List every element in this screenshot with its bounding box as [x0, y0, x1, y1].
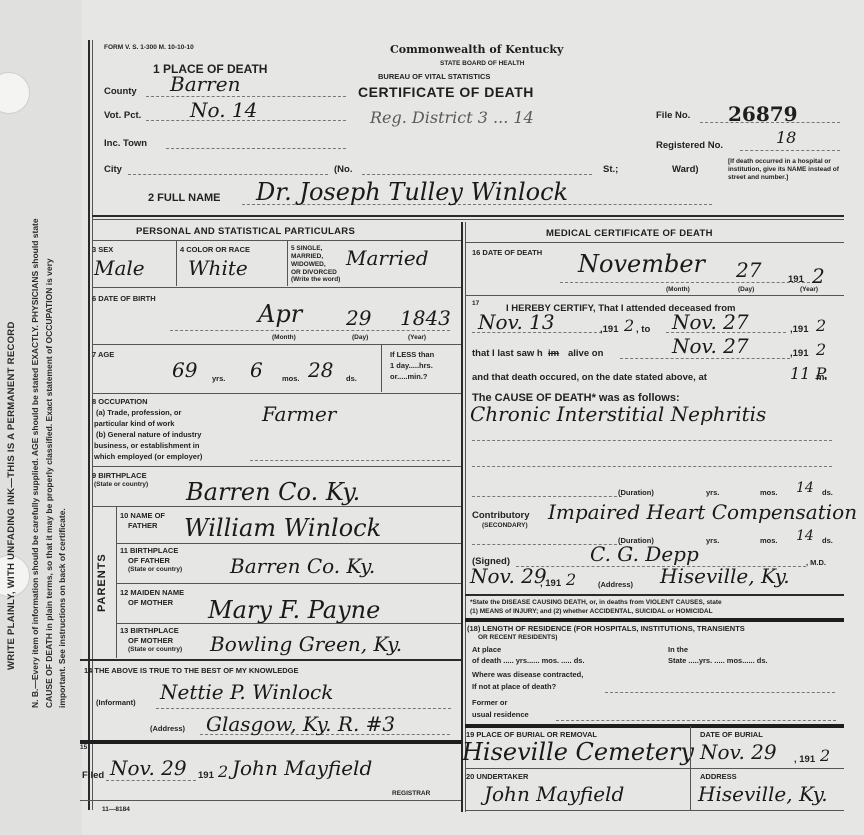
alive-on-label: alive on	[568, 348, 603, 359]
mother-bp-value: Bowling Green, Ky.	[210, 632, 402, 656]
form-number: FORM V. S. 1-300 M. 10-10-10	[104, 44, 194, 51]
rule	[116, 583, 461, 584]
margin-strip: WRITE PLAINLY, WITH UNFADING INK—THIS IS…	[0, 0, 82, 835]
marital-value: Married	[346, 246, 429, 270]
informant-label: (Informant)	[96, 698, 136, 707]
dod-line	[560, 282, 820, 283]
burial-year-prefix: , 191	[794, 754, 815, 765]
rule	[465, 724, 844, 728]
footnote: *State the DISEASE CAUSING DEATH, or, in…	[470, 599, 722, 606]
marital-label: 5 SINGLE,	[291, 245, 322, 252]
age-years: 69	[172, 358, 197, 382]
dod-year-prefix: 191	[788, 274, 804, 285]
reg-district-note: Reg. District 3 ... 14	[370, 108, 534, 127]
yrs-label: yrs.	[706, 536, 719, 545]
city-line	[128, 174, 328, 175]
death-time-suffix: m.	[816, 372, 827, 383]
less-than-label: 1 day.....hrs.	[390, 361, 433, 370]
vot-pct-label: Vot. Pct.	[104, 110, 141, 121]
less-than-label: If LESS than	[390, 350, 434, 359]
last-saw-year-suffix: 2	[816, 340, 826, 359]
file-no-line	[700, 122, 840, 123]
rule	[465, 594, 844, 596]
attended-to-year-suffix: 2	[816, 316, 826, 335]
last-saw-text: that I last saw h	[472, 348, 543, 359]
undertaker-address-value: Hiseville, Ky.	[698, 782, 828, 806]
write-notice: WRITE PLAINLY, WITH UNFADING INK—THIS IS…	[6, 321, 17, 670]
mother-name-value: Mary F. Payne	[208, 596, 380, 624]
father-bp-value: Barren Co. Ky.	[230, 554, 375, 578]
bureau-heading: BUREAU OF VITAL STATISTICS	[378, 72, 490, 81]
registrar-signature: John Mayfield	[232, 756, 372, 780]
instructions-line: N. B.—Every item of information should b…	[30, 218, 40, 708]
father-bp-label: OF FATHER	[128, 556, 170, 565]
primary-duration-days: 14	[796, 480, 814, 496]
rule	[465, 242, 844, 243]
year-caption: (Year)	[408, 334, 426, 341]
contracted-label: Where was disease contracted,	[472, 670, 583, 679]
dod-year-suffix: 2	[812, 264, 825, 288]
cell-divider	[287, 240, 288, 286]
rule	[92, 287, 461, 288]
street-number-label: (No.	[334, 164, 352, 175]
md-label: , M.D.	[806, 558, 826, 567]
age-days: 28	[308, 358, 333, 382]
rule	[80, 659, 461, 661]
rule	[465, 810, 844, 811]
undertaker-value: John Mayfield	[484, 782, 624, 806]
column-divider	[461, 222, 463, 812]
header-divider	[92, 215, 844, 217]
informant-value: Nettie P. Winlock	[160, 680, 333, 704]
rule	[92, 393, 461, 394]
race-value: White	[188, 256, 248, 280]
city-label: City	[104, 164, 122, 175]
occupation-value: Farmer	[262, 402, 336, 426]
attended-from: Nov. 13	[478, 310, 555, 334]
sex-label: 3 SEX	[92, 245, 113, 254]
month-caption: (Month)	[666, 286, 690, 293]
rule	[116, 543, 461, 544]
contracted-label: If not at place of death?	[472, 682, 556, 691]
at-place-label: At place	[472, 645, 501, 654]
county-value: Barren	[170, 72, 240, 96]
certify-number: 17	[472, 300, 479, 307]
street-label: St.;	[603, 164, 618, 175]
physician-signature: C. G. Depp	[590, 542, 699, 566]
dob-line	[170, 330, 450, 331]
ward-label: Ward)	[672, 164, 699, 175]
registered-no-label: Registered No.	[656, 140, 723, 151]
contributory-value: Impaired Heart Compensation	[548, 500, 857, 524]
attended-to-year-prefix: ,191	[790, 324, 809, 335]
frame-left	[88, 40, 90, 810]
full-name-value: Dr. Joseph Tulley Winlock	[256, 178, 568, 206]
filed-year-prefix: 191	[198, 770, 214, 781]
burial-year-suffix: 2	[820, 746, 830, 765]
mother-name-label: OF MOTHER	[128, 598, 173, 607]
former-residence-label: usual residence	[472, 710, 529, 719]
commonwealth-heading: Commonwealth of Kentucky	[390, 43, 563, 56]
dod-label: 16 DATE OF DEATH	[472, 248, 542, 257]
hospital-note: [If death occurred in a hospital or inst…	[728, 158, 840, 182]
attended-from-year-suffix: 2	[624, 316, 634, 335]
attended-to: Nov. 27	[672, 310, 749, 334]
mother-bp-label: 13 BIRTHPLACE	[120, 626, 179, 635]
in-state-label: In the	[668, 645, 688, 654]
physician-address-label: (Address)	[598, 580, 633, 589]
father-name-label: FATHER	[128, 521, 157, 530]
marital-label: OR DIVORCED	[291, 269, 337, 276]
signed-year-suffix: 2	[566, 570, 576, 589]
filed-line	[106, 780, 196, 781]
board-heading: STATE BOARD OF HEALTH	[440, 60, 525, 67]
rule	[92, 240, 461, 241]
personal-section-title: PERSONAL AND STATISTICAL PARTICULARS	[136, 226, 355, 237]
rule	[465, 295, 844, 296]
cause-line	[472, 466, 832, 467]
last-saw-date: Nov. 27	[672, 334, 749, 358]
death-occured-text: and that death occured, on the date stat…	[472, 372, 707, 383]
less-than-label: or.....min.?	[390, 372, 428, 381]
birthplace-value: Barren Co. Ky.	[186, 478, 360, 506]
filed-date: Nov. 29	[110, 756, 187, 780]
medical-section-title: MEDICAL CERTIFICATE OF DEATH	[546, 228, 713, 239]
dob-label: 6 DATE OF BIRTH	[92, 294, 156, 303]
rule	[92, 506, 461, 507]
at-place-label: of death ..... yrs...... mos. ..... ds.	[472, 656, 585, 665]
dob-day: 29	[346, 306, 371, 330]
mos-label: mos.	[760, 488, 778, 497]
last-saw-struck: im	[548, 348, 559, 359]
contracted-line	[605, 692, 835, 693]
marital-label: (Write the word)	[291, 276, 340, 283]
former-residence-line	[556, 720, 836, 721]
inc-town-line	[166, 148, 346, 149]
rule	[80, 740, 461, 744]
footnote: (1) MEANS of INJURY; and (2) whether ACC…	[470, 608, 713, 615]
registered-no-line	[740, 150, 840, 151]
yrs-label: yrs.	[212, 374, 225, 383]
signed-date: Nov. 29	[470, 564, 547, 588]
age-months: 6	[250, 358, 263, 382]
father-bp-label: (State or country)	[128, 566, 182, 573]
occupation-b-label: which employed (or employer)	[94, 452, 202, 461]
mos-label: mos.	[760, 536, 778, 545]
filed-year-suffix: 2	[218, 762, 228, 781]
residence-heading: OR RECENT RESIDENTS)	[478, 634, 557, 641]
burial-date: Nov. 29	[700, 740, 777, 764]
father-name-label: 10 NAME OF	[120, 511, 165, 520]
dod-day: 27	[736, 258, 761, 282]
occupation-a-label: (a) Trade, profession, or	[96, 408, 181, 417]
ds-label: ds.	[822, 536, 833, 545]
sex-value: Male	[94, 256, 145, 280]
registered-no-value: 18	[776, 128, 796, 147]
rule	[465, 768, 844, 769]
rule	[92, 344, 461, 345]
occupation-b-label: business, or establishment in	[94, 441, 199, 450]
cell-divider	[176, 240, 177, 286]
county-label: County	[104, 86, 137, 97]
father-bp-label: 11 BIRTHPLACE	[120, 546, 178, 555]
parents-divider	[116, 506, 117, 658]
day-caption: (Day)	[352, 334, 368, 341]
death-certificate: WRITE PLAINLY, WITH UNFADING INK—THIS IS…	[0, 0, 864, 835]
burial-date-label: DATE OF BURIAL	[700, 730, 763, 739]
undertaker-label: 20 UNDERTAKER	[466, 772, 528, 781]
mos-label: mos.	[282, 374, 300, 383]
contributory-duration-days: 14	[796, 528, 814, 544]
occupation-a-label: particular kind of work	[94, 419, 174, 428]
dod-month: November	[578, 250, 705, 278]
mother-name-label: 12 MAIDEN NAME	[120, 588, 184, 597]
mother-bp-label: (State or country)	[128, 646, 182, 653]
day-caption: (Day)	[738, 286, 754, 293]
dob-year: 1843	[400, 306, 451, 330]
birthplace-sub: (State or country)	[94, 481, 148, 488]
attended-from-year-prefix: ,191	[600, 324, 619, 335]
last-saw-line	[620, 358, 790, 359]
yrs-label: yrs.	[706, 488, 719, 497]
former-residence-label: Former or	[472, 698, 507, 707]
dob-month: Apr	[258, 300, 302, 328]
frame-left-inner	[92, 40, 93, 810]
occupation-b-label: (b) General nature of industry	[96, 430, 201, 439]
rule	[80, 800, 461, 801]
birthplace-label: 9 BIRTHPLACE	[92, 471, 147, 480]
county-line	[146, 96, 346, 97]
ds-label: ds.	[346, 374, 357, 383]
instructions-line: CAUSE OF DEATH in plain terms, so that i…	[44, 258, 54, 708]
informant-address-label: (Address)	[150, 724, 185, 733]
occupation-b-line	[250, 460, 450, 461]
cause-line	[472, 440, 832, 441]
race-label: 4 COLOR OR RACE	[180, 245, 250, 254]
form-code: 11—8184	[102, 806, 130, 813]
last-saw-year-prefix: ,191	[790, 348, 809, 359]
secondary-label: (SECONDARY)	[482, 522, 528, 529]
vot-pct-value: No. 14	[190, 98, 257, 122]
physician-address-value: Hiseville, Ky.	[660, 564, 790, 588]
rule	[92, 466, 461, 467]
contributory-label: Contributory	[472, 510, 530, 521]
registrar-label: REGISTRAR	[392, 790, 430, 797]
header-divider-thin	[92, 219, 844, 220]
marital-label: WIDOWED,	[291, 261, 326, 268]
filed-label: Filed	[82, 770, 104, 781]
year-caption: (Year)	[800, 286, 818, 293]
duration-line	[472, 496, 622, 497]
informant-line	[156, 708, 451, 709]
marital-label: MARRIED,	[291, 253, 323, 260]
informant-address-value: Glasgow, Ky. R. #3	[206, 712, 395, 736]
informant-statement: 14 THE ABOVE IS TRUE TO THE BEST OF MY K…	[84, 666, 298, 675]
rule	[465, 618, 844, 622]
residence-heading: (18) LENGTH OF RESIDENCE (FOR HOSPITALS,…	[467, 624, 745, 633]
file-no-label: File No.	[656, 110, 690, 121]
filed-number: 15	[80, 744, 87, 751]
duration-label: (Duration)	[618, 488, 654, 497]
instructions-line: important. See instructions on back of c…	[57, 508, 67, 708]
punch-hole	[0, 72, 30, 114]
parents-label: PARENTS	[96, 553, 108, 612]
father-name-value: William Winlock	[184, 514, 381, 542]
ds-label: ds.	[822, 488, 833, 497]
cause-value: Chronic Interstitial Nephritis	[470, 402, 766, 426]
cell-divider	[381, 344, 382, 392]
burial-place-value: Hiseville Cemetery	[462, 738, 694, 766]
street-line	[362, 174, 592, 175]
signed-year-prefix: , 191	[540, 578, 561, 589]
month-caption: (Month)	[272, 334, 296, 341]
to-label: , to	[636, 324, 650, 335]
certificate-title: CERTIFICATE OF DEATH	[358, 84, 534, 100]
in-state-label: State .....yrs. ..... mos...... ds.	[668, 656, 768, 665]
rule	[116, 623, 461, 624]
undertaker-address-label: ADDRESS	[700, 772, 737, 781]
age-label: 7 AGE	[92, 350, 114, 359]
full-name-label: 2 FULL NAME	[148, 192, 221, 204]
mother-bp-label: OF MOTHER	[128, 636, 173, 645]
inc-town-label: Inc. Town	[104, 138, 147, 149]
occupation-label: 8 OCCUPATION	[92, 397, 148, 406]
